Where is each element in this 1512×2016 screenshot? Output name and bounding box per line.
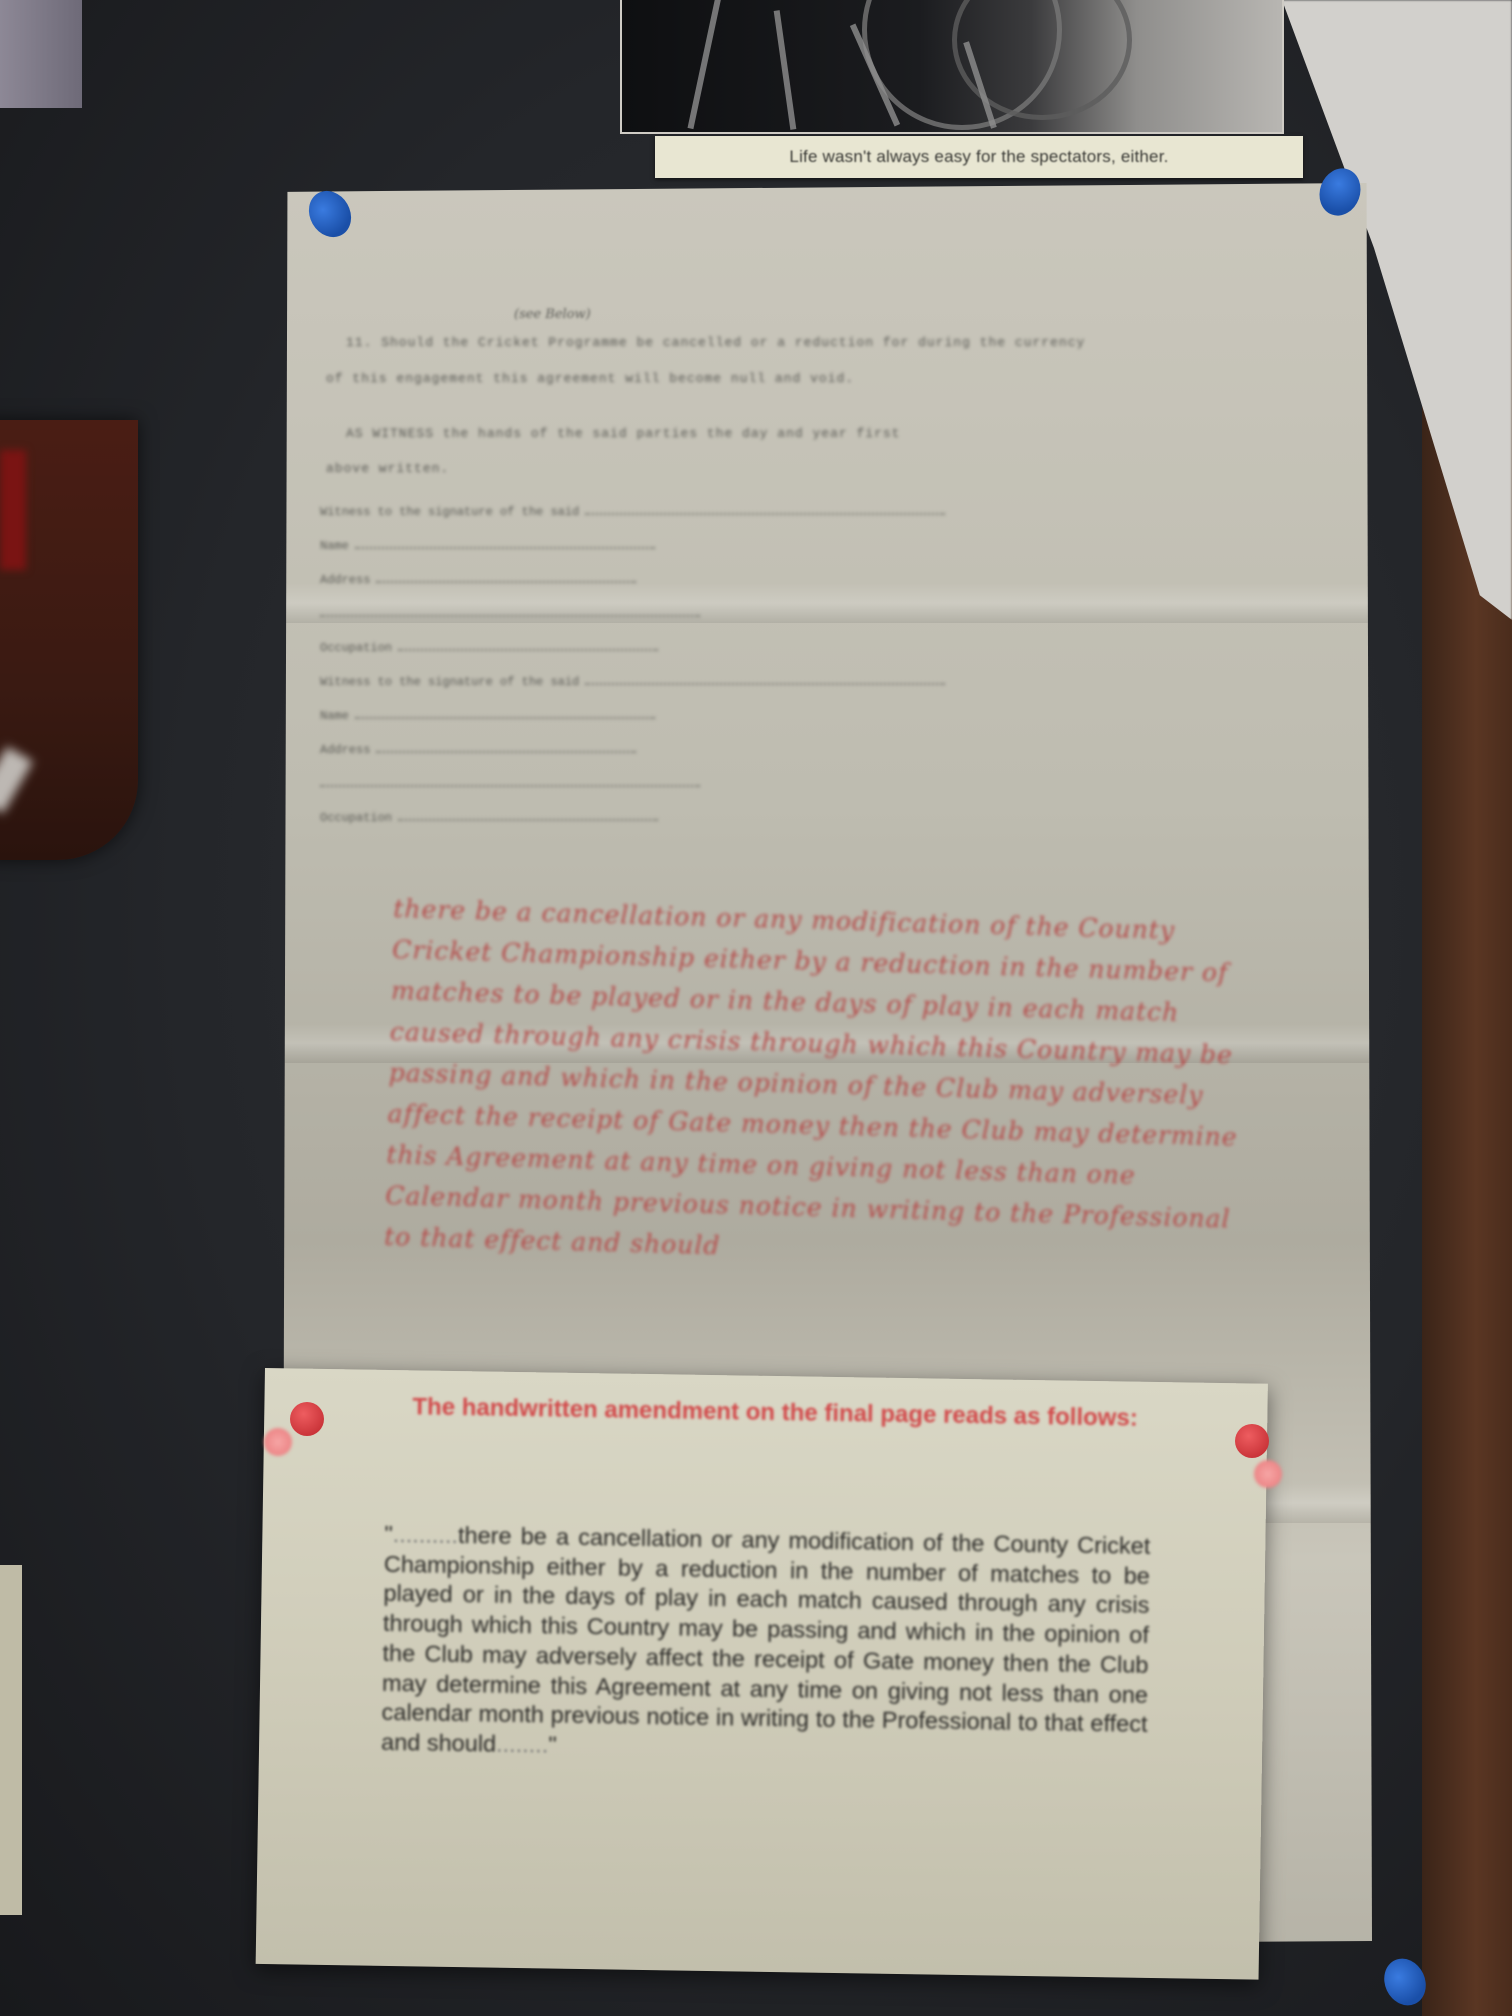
signature-line [376,741,636,753]
signature-label: Address [320,573,370,587]
signature-row: Name [320,707,655,723]
signature-line [376,571,636,583]
typed-line: AS WITNESS the hands of the said parties… [346,426,900,441]
signature-row: Witness to the signature of the said [320,673,945,689]
signature-label: Address [320,743,370,757]
signature-row: Witness to the signature of the said [320,503,945,519]
signature-row: Address [320,571,636,587]
close-quote: " [548,1731,557,1757]
plaque-emblem [0,450,26,570]
transcription-text: there be a cancellation or any modificat… [381,1522,1151,1757]
handwritten-note: (see Below) [514,307,591,322]
adjacent-display-card-bottom [0,1565,22,1915]
signature-label: Witness to the signature of the said [320,675,579,689]
signature-label: Witness to the signature of the said [320,505,579,519]
signature-label: Occupation [320,641,392,655]
typed-line: of this engagement this agreement will b… [326,371,854,386]
signature-line [320,605,700,617]
signature-label: Name [320,539,349,553]
typed-line: above written. [326,461,449,476]
signature-row: Occupation [320,809,658,825]
transcription-card: The handwritten amendment on the final p… [256,1368,1268,1980]
photo-caption: Life wasn't always easy for the spectato… [789,147,1168,167]
wooden-shield-plaque [0,420,138,860]
signature-line [585,503,945,515]
signature-label: Occupation [320,811,392,825]
signature-row: Address [320,741,636,757]
transcription-heading: The handwritten amendment on the final p… [412,1390,1152,1435]
typed-line: 11. Should the Cricket Programme be canc… [346,335,1085,350]
handwritten-amendment: there be a cancellation or any modificat… [384,888,1254,1281]
plaque-highlight [0,747,33,814]
trailing-ellipsis: ........ [496,1731,549,1758]
signature-row [320,605,700,617]
signature-line [355,707,655,719]
signature-line [398,639,658,651]
signature-row: Occupation [320,639,658,655]
transcription-body: "..........there be a cancellation or an… [381,1520,1151,1770]
photo-caption-card: Life wasn't always easy for the spectato… [655,136,1303,178]
leading-ellipsis: .......... [393,1521,459,1548]
signature-line [355,537,655,549]
signature-label: Name [320,709,349,723]
signature-row [320,775,700,787]
signature-line [320,775,700,787]
signature-line [398,809,658,821]
adjacent-display-card [0,0,82,108]
signature-row: Name [320,537,655,553]
signature-line [585,673,945,685]
paper-fold [282,583,1372,623]
historic-photograph [620,0,1284,134]
